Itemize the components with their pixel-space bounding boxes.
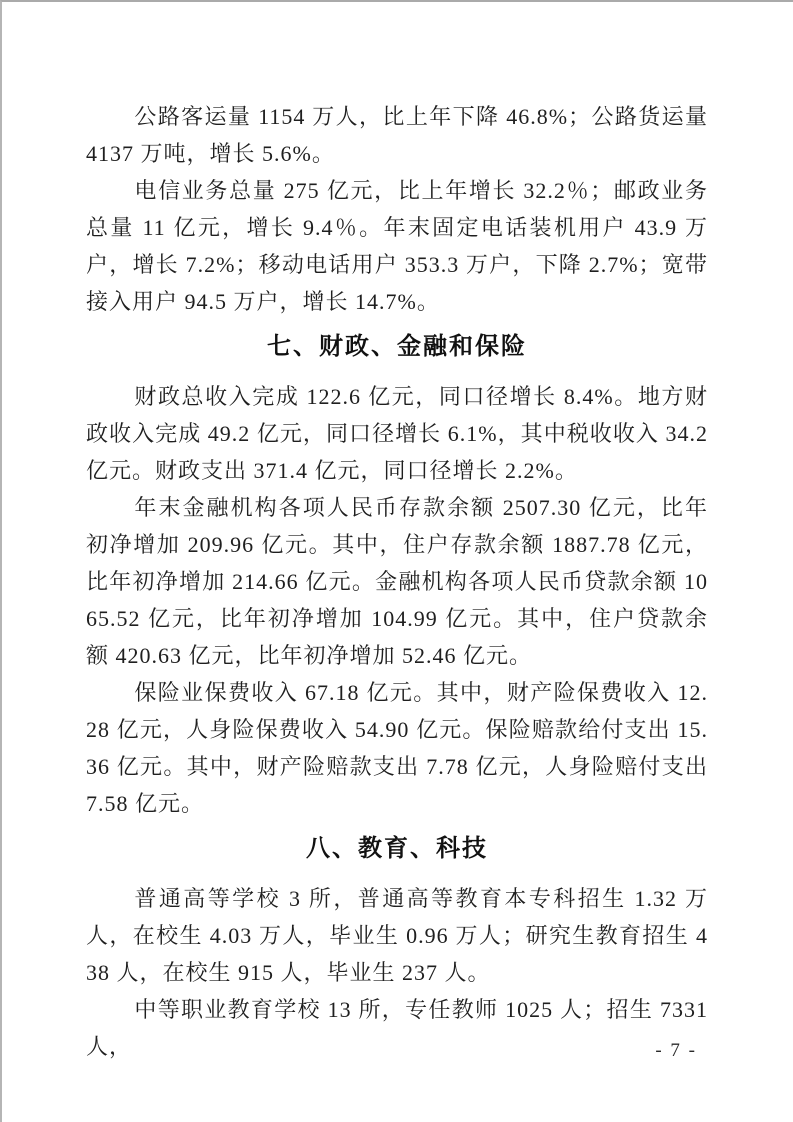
heading-finance-insurance: 七、财政、金融和保险	[86, 332, 708, 362]
page-number: - 7 -	[655, 1040, 697, 1062]
para-telecom-postal: 电信业务总量 275 亿元，比上年增长 32.2％；邮政业务总量 11 亿元，增…	[86, 172, 708, 320]
para-road-transport: 公路客运量 1154 万人，比上年下降 46.8%；公路货运量 4137 万吨，…	[86, 98, 708, 172]
document-page: 公路客运量 1154 万人，比上年下降 46.8%；公路货运量 4137 万吨，…	[0, 0, 793, 1122]
para-banking-deposits-loans: 年末金融机构各项人民币存款余额 2507.30 亿元，比年初净增加 209.96…	[86, 489, 708, 674]
para-higher-education: 普通高等学校 3 所，普通高等教育本专科招生 1.32 万人，在校生 4.03 …	[86, 880, 708, 991]
para-fiscal-revenue: 财政总收入完成 122.6 亿元，同口径增长 8.4%。地方财政收入完成 49.…	[86, 378, 708, 489]
para-insurance-premiums: 保险业保费收入 67.18 亿元。其中，财产险保费收入 12.28 亿元，人身险…	[86, 674, 708, 822]
heading-education-science: 八、教育、科技	[86, 834, 708, 864]
page-content: 公路客运量 1154 万人，比上年下降 46.8%；公路货运量 4137 万吨，…	[86, 98, 708, 1065]
para-vocational-education: 中等职业教育学校 13 所，专任教师 1025 人；招生 7331 人，	[86, 991, 708, 1065]
